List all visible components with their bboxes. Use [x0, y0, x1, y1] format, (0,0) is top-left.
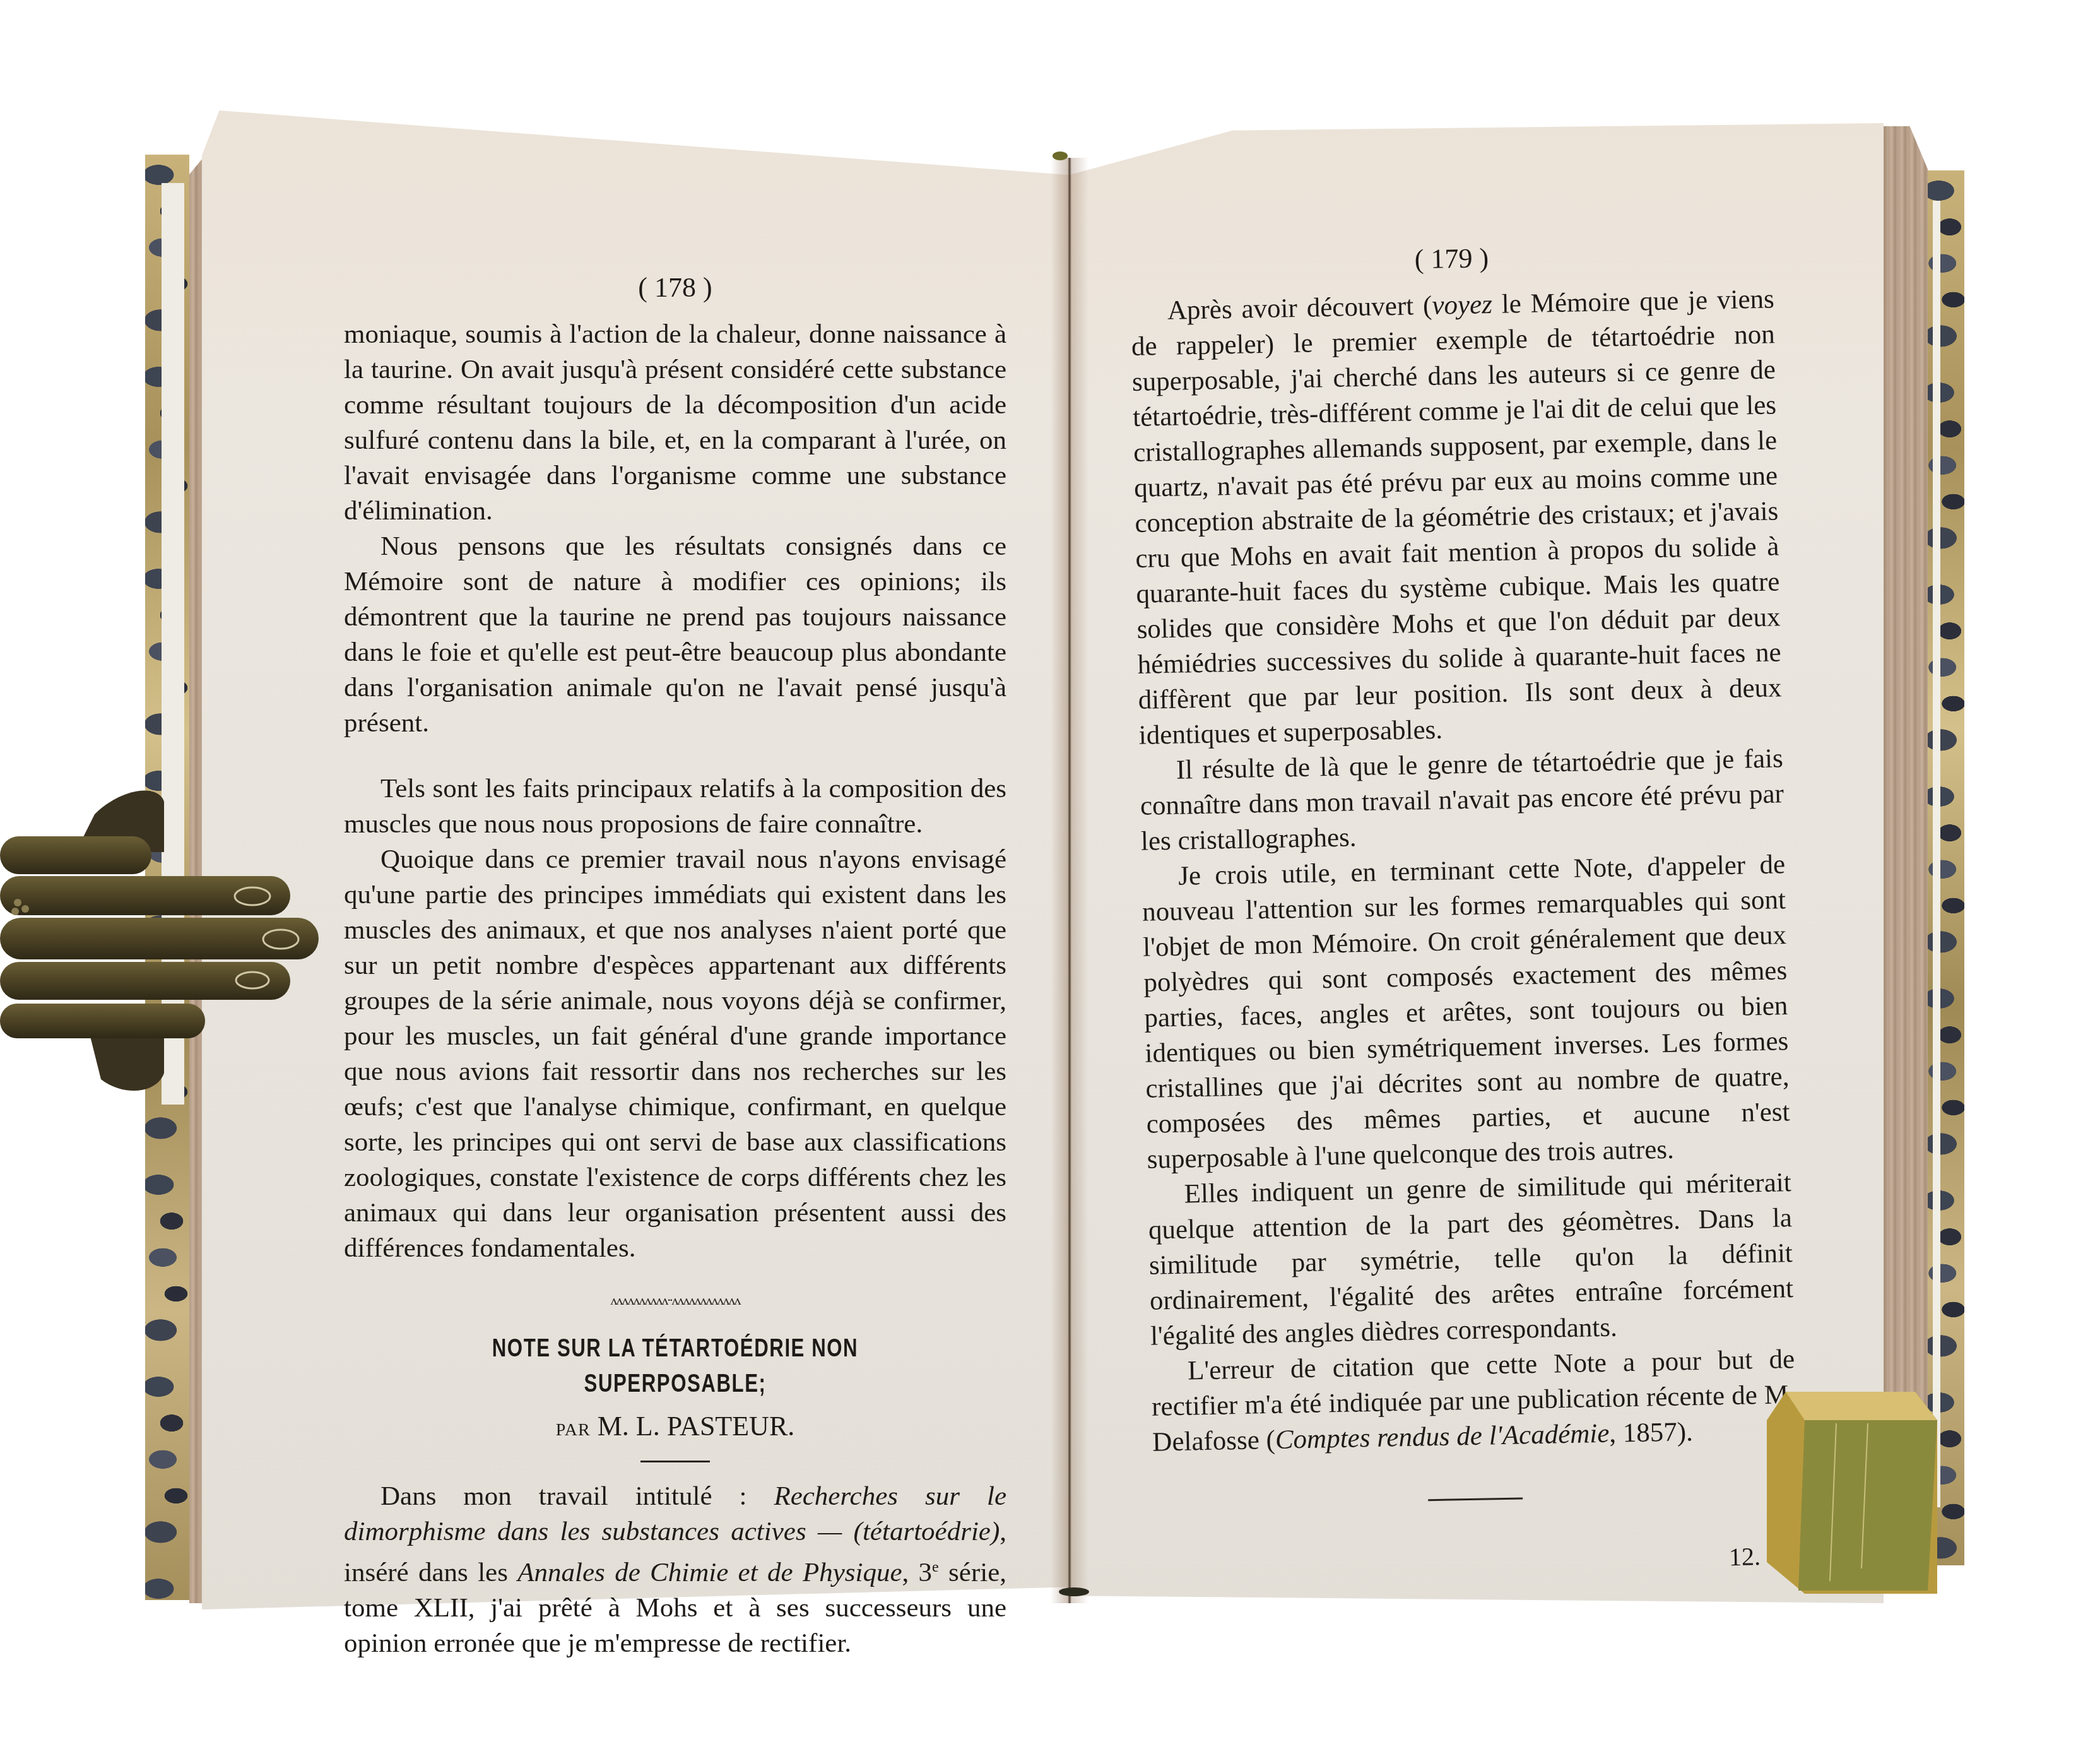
- paragraph: Quoique dans ce premier travail nous n'a…: [344, 842, 1006, 1266]
- note-title: NOTE SUR LA TÉTARTOÉDRIE NON SUPERPOSABL…: [417, 1331, 934, 1401]
- flyleaf-right: [1933, 201, 1940, 1507]
- paragraph: Après avoir découvert (voyez le Mémoire …: [1130, 282, 1783, 753]
- byline: PAR M. L. PASTEUR.: [344, 1409, 1006, 1448]
- right-page-text: ( 179 ) Après avoir découvert (voyez le …: [1130, 235, 1799, 1586]
- italic-citation: Comptes rendus de l'Académie: [1275, 1419, 1609, 1455]
- headband-top: [1053, 151, 1068, 160]
- paragraph: Elles indiquent un genre de similitude q…: [1147, 1165, 1794, 1355]
- paragraph-note-intro: Dans mon travail intitulé : Recherches s…: [344, 1479, 1006, 1661]
- italic-journal: Annales de Chimie et de Physique: [517, 1558, 902, 1587]
- text-span: Dans mon travail intitulé :: [380, 1481, 774, 1511]
- paragraph: Je crois utile, en terminant cette Note,…: [1141, 847, 1791, 1177]
- gilt-book-weight-icon: [1767, 1373, 1937, 1594]
- text-span: Après avoir découvert (: [1167, 291, 1432, 326]
- paragraph: Nous pensons que les résultats consignés…: [344, 529, 1006, 741]
- headband-bottom: [1059, 1587, 1089, 1596]
- paragraph: moniaque, soumis à l'action de la chaleu…: [344, 317, 1006, 529]
- end-rule: [1428, 1497, 1523, 1501]
- byline-par: PAR: [556, 1420, 591, 1440]
- brass-hand-bookmark-icon: [0, 776, 328, 1098]
- superscript: e: [932, 1559, 939, 1575]
- short-rule: [640, 1461, 710, 1462]
- text-span: , 3: [902, 1558, 933, 1587]
- text-span: le Mémoire que je viens de rappeler) le …: [1131, 284, 1782, 750]
- ornamental-rule: ʌʌʌʌʌʌʌʌʌʌ∙∙ʌʌʌʌʌʌʌʌʌʌʌʌ: [344, 1283, 1006, 1318]
- byline-author: M. L. PASTEUR.: [598, 1411, 795, 1442]
- left-page-text: ( 178 ) moniaque, soumis à l'action de l…: [344, 270, 1006, 1661]
- paragraph: Il résulte de là que le genre de tétarto…: [1139, 741, 1784, 860]
- paragraph: L'erreur de citation que cette Note a po…: [1151, 1342, 1796, 1461]
- paragraph: Tels sont les faits principaux relatifs …: [344, 771, 1006, 842]
- italic-word: voyez: [1432, 290, 1492, 321]
- page-number-178: ( 178 ): [344, 270, 1006, 305]
- text-span: , 1857).: [1609, 1417, 1693, 1449]
- book-gutter: [1051, 158, 1088, 1603]
